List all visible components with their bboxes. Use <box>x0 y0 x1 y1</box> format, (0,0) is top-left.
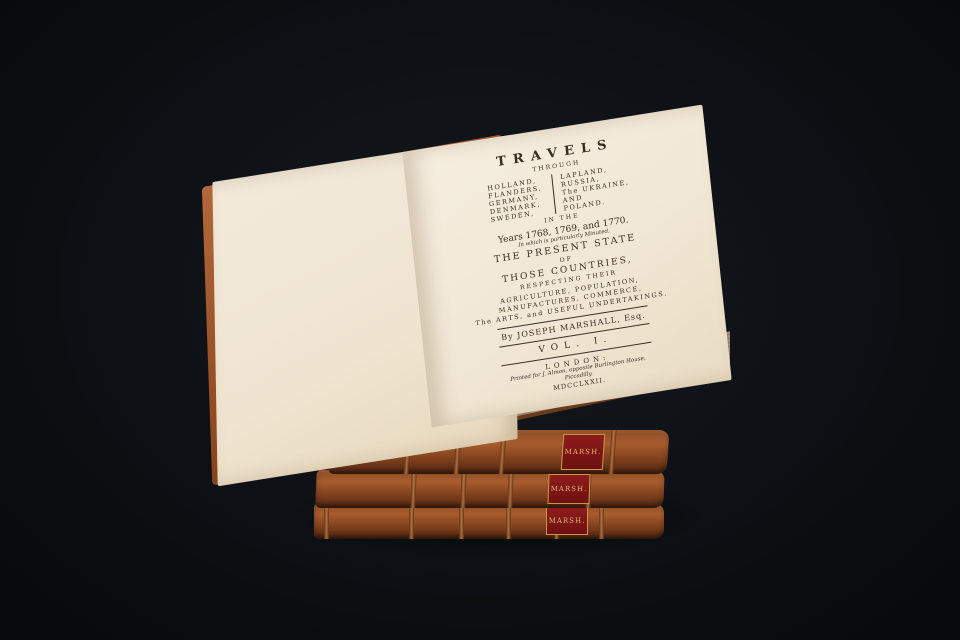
spine-label-author: MARSH. <box>549 517 586 525</box>
title-page: TRAVELS THROUGH HOLLAND, FLANDERS, GERMA… <box>402 105 731 428</box>
countries-left: HOLLAND, FLANDERS, GERMANY, DENMARK, SWE… <box>487 176 545 224</box>
spine-label: MARSH. <box>546 507 588 535</box>
closed-volume-middle: MARSH. <box>315 470 664 508</box>
book-photo: MARSH. MARSH. MARSH. TRAVELS THROUGH HOL… <box>0 0 960 640</box>
spine-label-author: MARSH. <box>551 485 588 493</box>
closed-volume-bottom: MARSH. <box>314 503 664 539</box>
spine-label: MARSH. <box>547 474 590 504</box>
open-book: TRAVELS THROUGH HOLLAND, FLANDERS, GERMA… <box>205 120 735 470</box>
